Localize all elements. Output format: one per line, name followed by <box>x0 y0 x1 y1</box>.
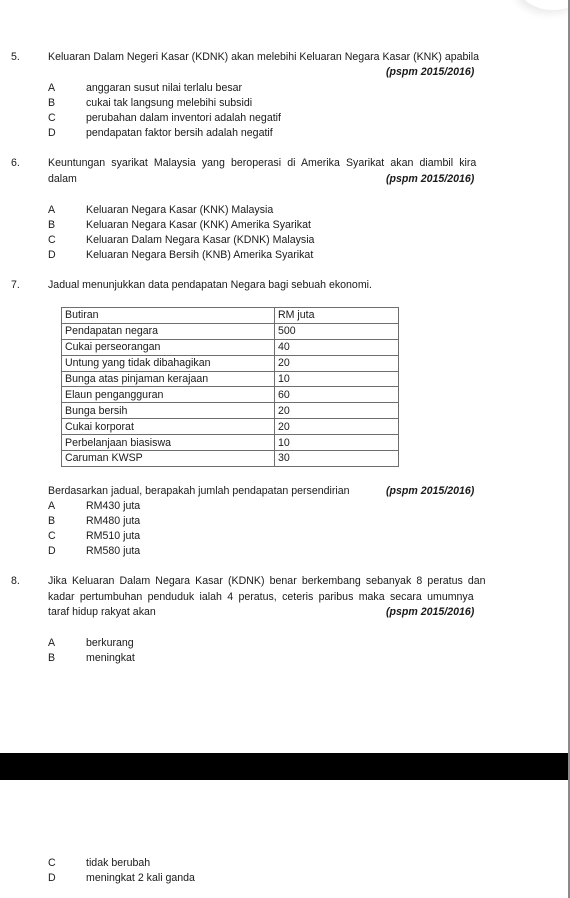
question-text: Keluaran Dalam Negeri Kasar (KDNK) akan … <box>48 51 479 63</box>
option-text: meningkat 2 kali ganda <box>86 871 195 886</box>
item-cell: Perbelanjaan biasiswa <box>62 435 275 451</box>
question-text-line-2: kadar pertumbuhan penduduk ialah 4 perat… <box>48 591 474 603</box>
value-cell: 500 <box>275 323 399 339</box>
option-letter: A <box>48 499 68 514</box>
option-letter: A <box>48 203 68 218</box>
header-cell: Butiran <box>62 308 275 324</box>
value-cell: 20 <box>275 419 399 435</box>
value-cell: 30 <box>275 451 399 467</box>
option-letter: C <box>48 233 68 248</box>
option-text: RM430 juta <box>86 499 140 514</box>
question-text: Jadual menunjukkan data pendapatan Negar… <box>48 279 372 291</box>
page-curl <box>518 0 570 10</box>
option-letter: D <box>48 871 68 886</box>
option-text: RM480 juta <box>86 514 140 529</box>
item-cell: Bunga atas pinjaman kerajaan <box>62 371 275 387</box>
question-text-line-1: Jika Keluaran Dalam Negara Kasar (KDNK) … <box>48 575 486 587</box>
option-text: perubahan dalam inventori adalah negatif <box>86 111 281 126</box>
item-cell: Bunga bersih <box>62 403 275 419</box>
option-text: Keluaran Negara Kasar (KNK) Malaysia <box>86 203 273 218</box>
table-row: Cukai korporat20 <box>62 419 399 435</box>
question-text-line-3: taraf hidup rakyat akan <box>48 606 156 618</box>
income-data-table: Butiran RM juta Pendapatan negara500Cuka… <box>61 307 399 467</box>
value-cell: 20 <box>275 355 399 371</box>
item-cell: Cukai perseorangan <box>62 339 275 355</box>
option-letter: A <box>48 636 68 651</box>
option-text: anggaran susut nilai terlalu besar <box>86 81 242 96</box>
table-row: Elaun pengangguran60 <box>62 387 399 403</box>
option-text: RM510 juta <box>86 529 140 544</box>
table-row: Cukai perseorangan40 <box>62 339 399 355</box>
question-source: (pspm 2015/2016) <box>386 173 474 185</box>
option-letter: B <box>48 651 68 666</box>
item-cell: Untung yang tidak dibahagikan <box>62 355 275 371</box>
question-number: 7. <box>11 279 20 291</box>
question-number: 6. <box>11 157 20 169</box>
option-letter: B <box>48 514 68 529</box>
table-row: Pendapatan negara500 <box>62 323 399 339</box>
value-cell: 40 <box>275 339 399 355</box>
option-text: berkurang <box>86 636 134 651</box>
question-prompt: Berdasarkan jadual, berapakah jumlah pen… <box>48 485 350 497</box>
option-text: Keluaran Negara Bersih (KNB) Amerika Sya… <box>86 248 313 263</box>
option-letter: B <box>48 218 68 233</box>
question-source: (pspm 2015/2016) <box>386 485 474 497</box>
option-letter: B <box>48 96 68 111</box>
table-row: Perbelanjaan biasiswa10 <box>62 435 399 451</box>
option-letter: D <box>48 126 68 141</box>
value-cell: 10 <box>275 435 399 451</box>
question-number: 5. <box>11 51 20 63</box>
table-row: Caruman KWSP30 <box>62 451 399 467</box>
option-letter: D <box>48 544 68 559</box>
question-text-line-1: Keuntungan syarikat Malaysia yang berope… <box>48 157 476 169</box>
option-text: meningkat <box>86 651 135 666</box>
item-cell: Cukai korporat <box>62 419 275 435</box>
value-cell: 60 <box>275 387 399 403</box>
question-number: 8. <box>11 575 20 587</box>
option-letter: C <box>48 529 68 544</box>
header-cell: RM juta <box>275 308 399 324</box>
table-row: Bunga bersih20 <box>62 403 399 419</box>
exam-page: 5. Keluaran Dalam Negeri Kasar (KDNK) ak… <box>0 0 568 898</box>
option-text: Keluaran Negara Kasar (KNK) Amerika Syar… <box>86 218 311 233</box>
item-cell: Elaun pengangguran <box>62 387 275 403</box>
option-text: RM580 juta <box>86 544 140 559</box>
value-cell: 10 <box>275 371 399 387</box>
option-text: tidak berubah <box>86 856 150 871</box>
item-cell: Caruman KWSP <box>62 451 275 467</box>
question-source: (pspm 2015/2016) <box>386 606 474 618</box>
option-text: cukai tak langsung melebihi subsidi <box>86 96 252 111</box>
redaction-bar <box>0 753 568 780</box>
option-letter: C <box>48 111 68 126</box>
option-letter: C <box>48 856 68 871</box>
item-cell: Pendapatan negara <box>62 323 275 339</box>
option-letter: A <box>48 81 68 96</box>
option-letter: D <box>48 248 68 263</box>
table-row: Untung yang tidak dibahagikan20 <box>62 355 399 371</box>
table-row: Bunga atas pinjaman kerajaan10 <box>62 371 399 387</box>
option-text: Keluaran Dalam Negara Kasar (KDNK) Malay… <box>86 233 314 248</box>
question-source: (pspm 2015/2016) <box>386 66 474 78</box>
table-header-row: Butiran RM juta <box>62 308 399 324</box>
option-text: pendapatan faktor bersih adalah negatif <box>86 126 273 141</box>
question-text-line-2: dalam <box>48 173 77 185</box>
value-cell: 20 <box>275 403 399 419</box>
